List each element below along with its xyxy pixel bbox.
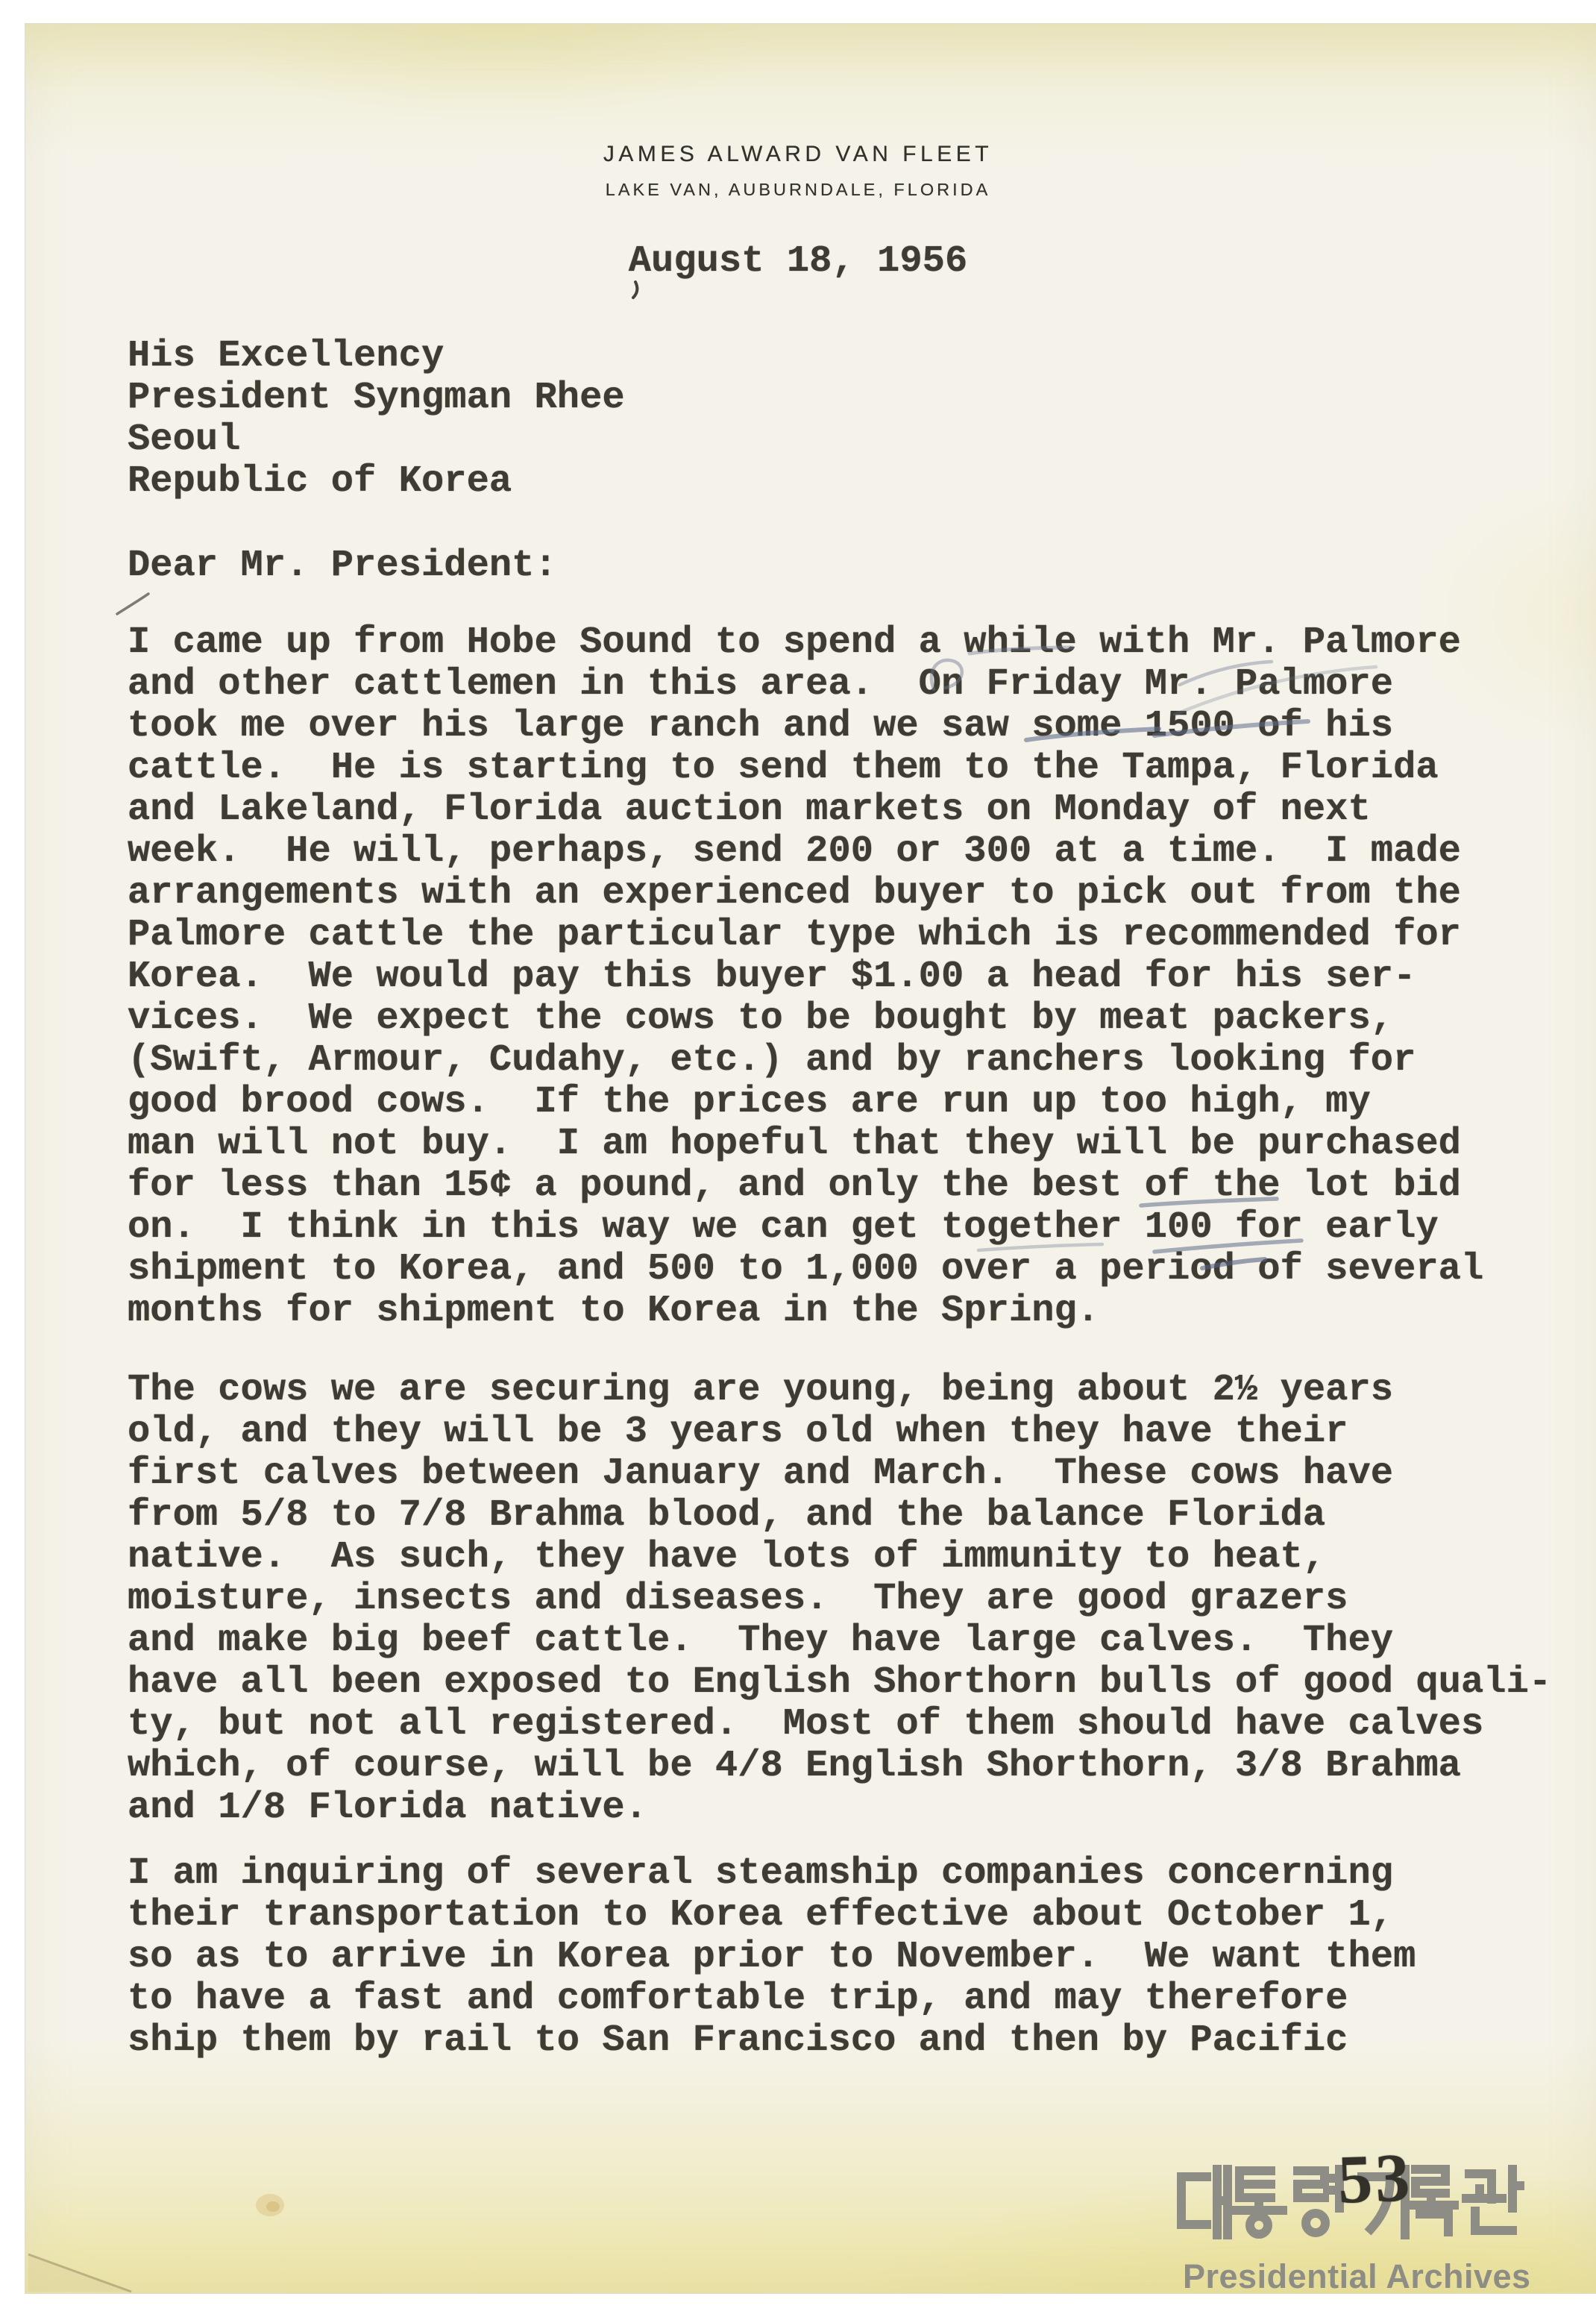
- scanned-letter-page: { "letterhead": { "name": "JAMES ALWARD …: [0, 0, 1596, 2320]
- salutation: Dear Mr. President:: [128, 545, 557, 587]
- recipient-address: His Excellency President Syngman Rhee Se…: [128, 336, 625, 503]
- page-number-stamp: 53: [1336, 2142, 1413, 2213]
- glyph-gwan: [1466, 2168, 1523, 2230]
- watermark-english: Presidential Archives: [1183, 2257, 1531, 2296]
- glyph-tong: [1235, 2171, 1283, 2234]
- glyph-ryeong: [1298, 2168, 1339, 2233]
- letterhead-location: LAKE VAN, AUBURNDALE, FLORIDA: [0, 180, 1596, 200]
- glyph-rok: [1411, 2169, 1454, 2232]
- glyph-dae: [1181, 2169, 1228, 2235]
- date-line: August 18, 1956: [0, 241, 1596, 283]
- letterhead-name: JAMES ALWARD VAN FLEET: [0, 142, 1596, 167]
- paragraph-2: The cows we are securing are young, bein…: [128, 1370, 1551, 1829]
- paragraph-1: I came up from Hobe Sound to spend a whi…: [128, 622, 1483, 1332]
- paragraph-3: I am inquiring of several steamship comp…: [128, 1853, 1416, 2062]
